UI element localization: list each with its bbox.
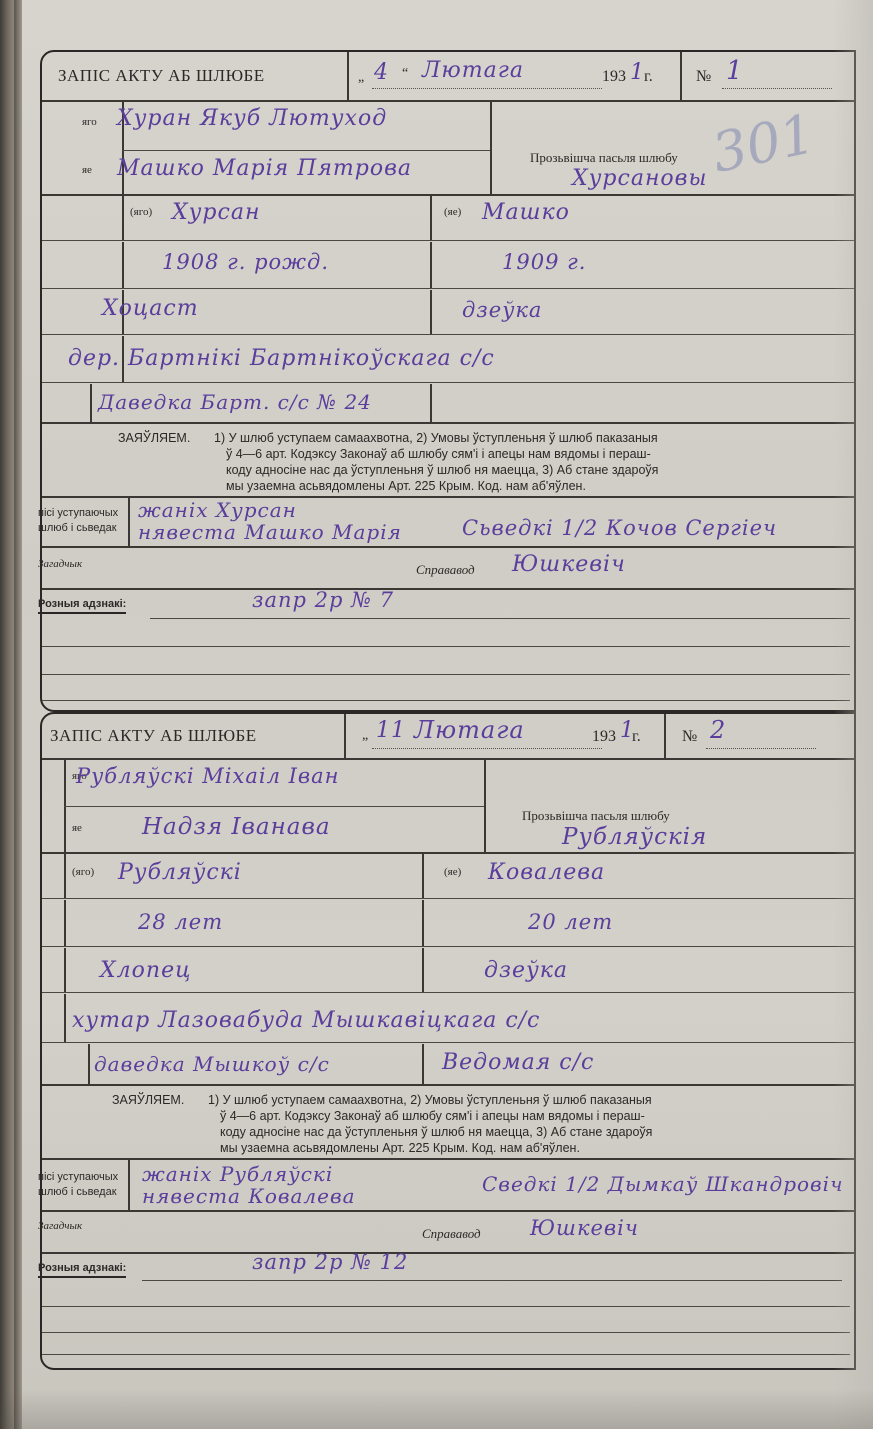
his-age: 28 лет xyxy=(138,910,223,934)
declaration-line: мы узаемна асьвядомлены Арт. 225 Крым. К… xyxy=(226,478,586,494)
declaration-line: коду адносіне нас да ўступленьня ў шлюб … xyxy=(226,462,658,478)
age-row: 1908 г. рожд. 1909 г. xyxy=(42,242,854,289)
surname-after-label: Прозьвішча пасьля шлюбу xyxy=(530,150,678,166)
marriage-record-2: ЗАПІС АКТУ АБ ШЛЮБЕ „ 11 Лютага 193 1 г.… xyxy=(40,712,856,1370)
record-title: ЗАПІС АКТУ АБ ШЛЮБЕ xyxy=(58,66,265,86)
documents-his: Даведка Барт. с/с № 24 xyxy=(98,390,372,414)
signature-witnesses: Сьведкі 1/2 Кочов Сергіеч xyxy=(462,516,777,540)
record-title: ЗАПІС АКТУ АБ ШЛЮБЕ xyxy=(50,726,257,746)
book-spine xyxy=(0,0,14,1429)
his-occupation: Хоцаст xyxy=(102,296,199,321)
hers-paren-label: (яе) xyxy=(444,866,461,878)
signature-witnesses: Сведкі 1/2 Дымкаў Шкандровіч xyxy=(482,1172,844,1196)
register-page: ЗАПІС АКТУ АБ ШЛЮБЕ „ 4 “ Лютага 193 1 г… xyxy=(22,0,873,1429)
hers-paren-label: (яе) xyxy=(444,206,461,218)
year-digit: 1 xyxy=(630,60,645,85)
his-surname: Рубляўскі xyxy=(118,860,242,885)
record-month: Лютага xyxy=(414,716,525,744)
page-edge xyxy=(833,0,873,1429)
number-label: № xyxy=(696,68,711,86)
clerk-label: Справавод xyxy=(422,1226,481,1242)
clerk-signature: Юшкевіч xyxy=(530,1216,639,1240)
year-suffix: г. xyxy=(632,728,641,746)
record-day: 4 xyxy=(374,60,389,85)
age-row: 28 лет 20 лет xyxy=(42,900,854,947)
signatures-label: пісі уступаючых шлюб і сьведак xyxy=(38,1170,128,1200)
his-full-name: Хуран Якуб Лютуход xyxy=(117,106,387,131)
his-label: яго xyxy=(82,116,97,128)
names-row: яго Рубляўскі Міхаіл Іван яе Надзя Івана… xyxy=(42,760,854,854)
his-occupation: Хлопец xyxy=(100,958,191,983)
record-header: ЗАПІС АКТУ АБ ШЛЮБЕ „ 11 Лютага 193 1 г.… xyxy=(42,714,854,760)
occupation-row: Хоцаст дзеўка xyxy=(42,290,854,335)
archive-stamp: 301 xyxy=(707,102,821,185)
declaration-block: ЗАЯЎЛЯЕМ. 1) У шлюб уступаем самаахвотна… xyxy=(42,424,854,498)
signature-groom: жаніх Рубляўскі xyxy=(142,1162,333,1186)
record-day: 11 xyxy=(376,718,406,743)
record-number: 1 xyxy=(726,56,744,86)
her-full-name: Надзя Іванава xyxy=(142,814,331,840)
signature-bride: нявеста Ковалева xyxy=(142,1184,356,1208)
her-surname: Ковалева xyxy=(488,860,605,885)
year-prefix: 193 xyxy=(592,728,616,746)
record-number: 2 xyxy=(710,716,726,744)
signatures-row: пісі уступаючых шлюб і сьведак жаніх Руб… xyxy=(42,1160,854,1212)
her-age: 20 лет xyxy=(528,910,613,934)
surname-row: (яго) Хурсан (яе) Машко xyxy=(42,196,854,241)
residence-row: дер. Бартнікі Бартнікоўскага с/с xyxy=(42,336,854,383)
surname-after-label: Прозьвішча пасьля шлюбу xyxy=(522,808,670,824)
her-full-name: Машко Марія Пятрова xyxy=(117,156,412,181)
declaration-head: ЗАЯЎЛЯЕМ. xyxy=(118,430,190,446)
signature-groom: жаніх Хурсан xyxy=(138,498,297,522)
declaration-line: ў 4—6 арт. Кодэксу Законаў аб шлюбу сям'… xyxy=(226,446,651,462)
clerk-label: Справавод xyxy=(416,562,475,578)
his-paren-label: (яго) xyxy=(130,206,152,218)
declaration-line: ў 4—6 арт. Кодэксу Законаў аб шлюбу сям'… xyxy=(220,1108,645,1124)
declaration-line: 1) У шлюб уступаем самаахвотна, 2) Умовы… xyxy=(208,1092,652,1108)
her-occupation: дзеўка xyxy=(462,298,542,322)
signature-bride: нявеста Машко Марія xyxy=(138,520,402,544)
declaration-head: ЗАЯЎЛЯЕМ. xyxy=(112,1092,184,1108)
year-prefix: 193 xyxy=(602,68,626,86)
names-row: яго Хуран Якуб Лютуход яе Машко Марія Пя… xyxy=(42,102,854,196)
residence: дер. Бартнікі Бартнікоўскага с/с xyxy=(68,346,495,371)
documents-his: даведка Мышкоў с/с xyxy=(94,1052,330,1076)
marriage-record-1: ЗАПІС АКТУ АБ ШЛЮБЕ „ 4 “ Лютага 193 1 г… xyxy=(40,50,856,712)
registrar-label: Загадчык xyxy=(38,1220,82,1232)
her-surname: Машко xyxy=(482,200,570,225)
signatures-label: пісі уступаючых шлюб і сьведак xyxy=(38,506,128,536)
remarks-value: запр 2р № 12 xyxy=(252,1250,408,1274)
registrar-label: Загадчык xyxy=(38,558,82,570)
registrar-row: Загадчык Справавод Юшкевіч xyxy=(42,548,854,590)
declaration-line: мы узаемна асьвядомлены Арт. 225 Крым. К… xyxy=(220,1140,580,1156)
surname-after-value: Хурсановы xyxy=(572,166,707,191)
declaration-block: ЗАЯЎЛЯЕМ. 1) У шлюб уступаем самаахвотна… xyxy=(42,1086,854,1160)
number-label: № xyxy=(682,728,697,746)
documents-her: Ведомая с/с xyxy=(442,1050,594,1075)
declaration-line: коду адносіне нас да ўступленьня ў шлюб … xyxy=(220,1124,652,1140)
his-full-name: Рубляўскі Міхаіл Іван xyxy=(76,764,340,788)
clerk-signature: Юшкевіч xyxy=(512,552,626,577)
residence: хутар Лазовабуда Мышкавіцкага с/с xyxy=(72,1008,540,1033)
documents-row: Даведка Барт. с/с № 24 xyxy=(42,384,854,424)
record-month: Лютага xyxy=(422,58,524,83)
residence-row: хутар Лазовабуда Мышкавіцкага с/с xyxy=(42,994,854,1043)
her-occupation: дзеўка xyxy=(484,958,568,983)
documents-row: даведка Мышкоў с/с Ведомая с/с xyxy=(42,1044,854,1086)
his-age: 1908 г. рожд. xyxy=(162,250,329,274)
remarks-label: Розныя адзнакі: xyxy=(38,598,126,614)
page-bottom-shadow xyxy=(0,1389,873,1429)
registrar-row: Загадчык Справавод Юшкевіч xyxy=(42,1212,854,1254)
occupation-row: Хлопец дзеўка xyxy=(42,948,854,993)
hers-label: яе xyxy=(82,164,92,176)
hers-label: яе xyxy=(72,822,82,834)
remarks-label: Розныя адзнакі: xyxy=(38,1262,126,1278)
surname-row: (яго) Рубляўскі (яе) Ковалева xyxy=(42,854,854,899)
remarks-value: запр 2р № 7 xyxy=(252,588,394,612)
his-surname: Хурсан xyxy=(172,200,260,225)
her-age: 1909 г. xyxy=(502,250,586,274)
his-paren-label: (яго) xyxy=(72,866,94,878)
record-header: ЗАПІС АКТУ АБ ШЛЮБЕ „ 4 “ Лютага 193 1 г… xyxy=(42,52,854,102)
year-suffix: г. xyxy=(644,68,653,86)
surname-after-value: Рубляўскія xyxy=(562,824,707,850)
declaration-line: 1) У шлюб уступаем самаахвотна, 2) Умовы… xyxy=(214,430,658,446)
signatures-row: пісі уступаючых шлюб і сьведак жаніх Хур… xyxy=(42,498,854,548)
